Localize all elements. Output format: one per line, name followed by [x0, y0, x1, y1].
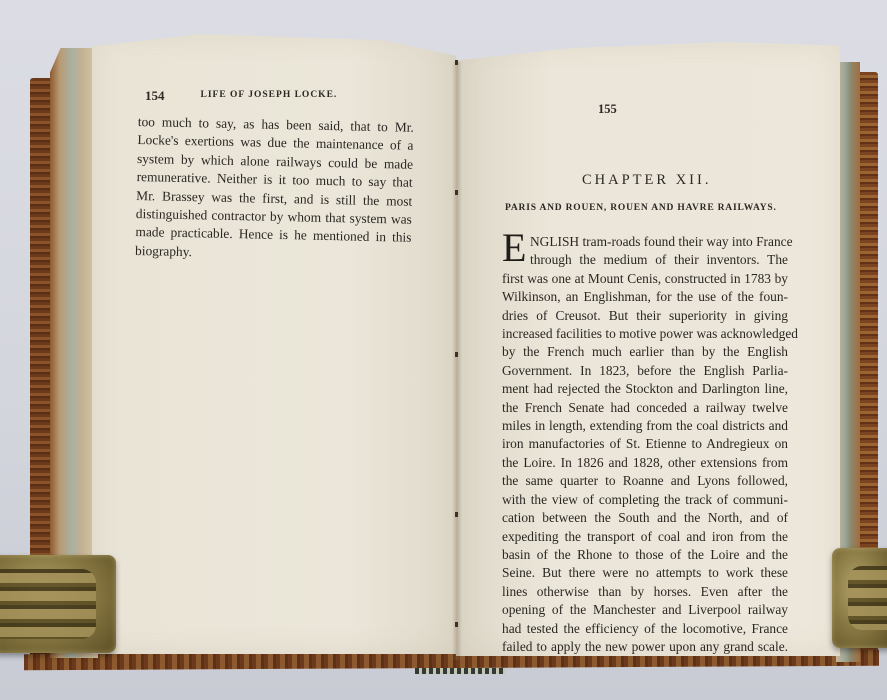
text-line: with the view of completing the track of… [502, 491, 788, 509]
text-line: cation between the South and the North, … [502, 509, 788, 527]
text-line: Seine. But there were no attempts to wor… [502, 564, 788, 582]
text-line: Wilkinson, an Englishman, for the use of… [502, 288, 788, 306]
left-running-head: 154 LIFE OF JOSEPH LOCKE. [145, 88, 415, 104]
text-line: failed to apply the new power upon any g… [502, 638, 788, 656]
binding-stitch [455, 352, 458, 357]
right-brass-page-clip [832, 548, 887, 648]
text-line: the French Senate had conceded a railway… [502, 399, 788, 417]
binding-stitch [455, 190, 458, 195]
text-line: lines otherwise than by horses. Even aft… [502, 583, 788, 601]
text-line: increased facilities to motive power was… [502, 325, 788, 343]
text-line: Government. In 1823, before the English … [502, 362, 788, 380]
left-page-body: too much to say, as has been said, that … [135, 113, 414, 266]
text-line: by the French much earlier than by the E… [502, 343, 788, 361]
text-line: dries of Creusot. But their superiority … [502, 307, 788, 325]
text-line: iron manufactories of St. Etienne to And… [502, 435, 788, 453]
hand-clip-icon [0, 569, 96, 639]
right-page-body: NGLISH tram-roads found their way into F… [502, 233, 788, 656]
chapter-heading: CHAPTER XII. [582, 172, 711, 189]
binding-stitch [455, 512, 458, 517]
hand-clip-icon [848, 566, 887, 630]
text-line: opening of the Manchester and Liverpool … [502, 601, 788, 619]
binding-stitch [455, 622, 458, 627]
text-line: basin of the Rhone to those of the Loire… [502, 546, 788, 564]
text-line: expediting the transport of coal and iro… [502, 528, 788, 546]
binding-stitch [455, 60, 458, 65]
left-page-number: 154 [145, 88, 165, 104]
right-page-number: 155 [598, 102, 617, 117]
book-photo: 154 LIFE OF JOSEPH LOCKE. too much to sa… [0, 0, 887, 700]
text-line: had tested the efficiency of the locomot… [502, 620, 788, 638]
text-line: through the medium of their inventors. T… [502, 251, 788, 269]
headband [415, 668, 505, 674]
text-line: NGLISH tram-roads found their way into F… [502, 233, 788, 251]
text-line: ment had rejected the Stockton and Darli… [502, 380, 788, 398]
text-line: the Loire. In 1826 and 1828, other exten… [502, 454, 788, 472]
text-line: the same quarter to Roanne and Lyons fol… [502, 472, 788, 490]
running-head-title: LIFE OF JOSEPH LOCKE. [201, 88, 338, 104]
text-line: first was one at Mount Cenis, constructe… [502, 270, 788, 288]
chapter-subtitle: PARIS AND ROUEN, ROUEN AND HAVRE RAILWAY… [505, 203, 777, 213]
book-gutter [452, 62, 462, 660]
left-brass-page-clip [0, 555, 116, 653]
text-line: miles in length, extending from the coal… [502, 417, 788, 435]
